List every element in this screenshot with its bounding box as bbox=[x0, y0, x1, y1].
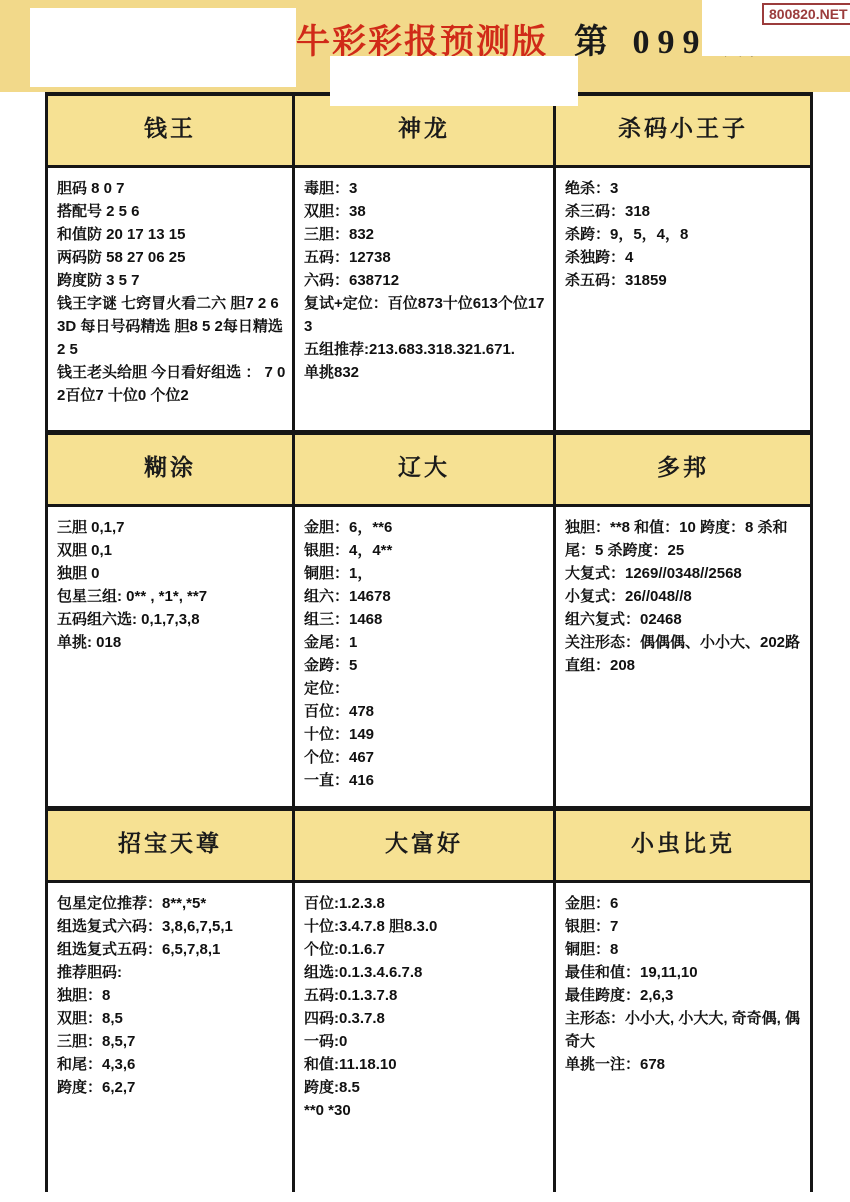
prediction-cell-1: 钱王 胆码 8 0 7搭配号 2 5 6和值防 20 17 13 15两码防 5… bbox=[48, 96, 295, 435]
prediction-line: 组选复式六码：3,8,6,7,5,1 bbox=[57, 915, 286, 938]
prediction-line: 金胆：6 bbox=[565, 892, 804, 915]
prediction-line: 杀三码：318 bbox=[565, 200, 804, 223]
prediction-line: 百位:1.2.3.8 bbox=[304, 892, 547, 915]
prediction-line: 钱王字谜 七窍冒火看二六 胆7 2 6 bbox=[57, 292, 286, 315]
cell-body: 独胆：**8 和值：10 跨度：8 杀和尾：5 杀跨度：25大复式：1269//… bbox=[556, 507, 810, 677]
prediction-line: 单挑一注：678 bbox=[565, 1053, 804, 1076]
prediction-line: 杀五码：31859 bbox=[565, 269, 804, 292]
prediction-line: 杀独跨：4 bbox=[565, 246, 804, 269]
site-badge: 800820.NET bbox=[762, 3, 850, 25]
prediction-line: 单挑832 bbox=[304, 361, 547, 384]
prediction-line: 百位：478 bbox=[304, 700, 547, 723]
prediction-line: 五码:0.1.3.7.8 bbox=[304, 984, 547, 1007]
prediction-line: 组选复式五码：6,5,7,8,1 bbox=[57, 938, 286, 961]
prediction-line: 和值:11.18.10 bbox=[304, 1053, 547, 1076]
prediction-line: 十位：149 bbox=[304, 723, 547, 746]
page: 牛彩彩报预测版第 099 期 800820.NET 钱王 胆码 8 0 7搭配号… bbox=[0, 0, 850, 1202]
prediction-line: 一直：416 bbox=[304, 769, 547, 792]
prediction-line: 搭配号 2 5 6 bbox=[57, 200, 286, 223]
prediction-line: 五组推荐:213.683.318.321.671. bbox=[304, 338, 547, 361]
cell-title: 大富好 bbox=[385, 831, 463, 856]
prediction-line: 组选:0.1.3.4.6.7.8 bbox=[304, 961, 547, 984]
cell-header: 小虫比克 bbox=[556, 811, 810, 883]
cell-title: 招宝天尊 bbox=[118, 831, 222, 856]
prediction-line: 十位:3.4.7.8 胆8.3.0 bbox=[304, 915, 547, 938]
prediction-line: **0 *30 bbox=[304, 1099, 547, 1122]
prediction-line: 独胆：**8 和值：10 跨度：8 杀和尾：5 杀跨度：25 bbox=[565, 516, 804, 562]
cell-header: 糊涂 bbox=[48, 435, 292, 507]
prediction-line: 一码:0 bbox=[304, 1030, 547, 1053]
prediction-line: 跨度:8.5 bbox=[304, 1076, 547, 1099]
cell-title: 糊涂 bbox=[144, 455, 196, 480]
prediction-line: 最佳和值：19,11,10 bbox=[565, 961, 804, 984]
prediction-line: 直组：208 bbox=[565, 654, 804, 677]
prediction-line: 四码:0.3.7.8 bbox=[304, 1007, 547, 1030]
prediction-line: 铜胆：1， bbox=[304, 562, 547, 585]
prediction-line: 胆码 8 0 7 bbox=[57, 177, 286, 200]
prediction-cell-2: 神龙 毒胆：3双胆：38三胆：832五码：12738六码：638712复试+定位… bbox=[295, 96, 556, 435]
prediction-line: 定位： bbox=[304, 677, 547, 700]
prediction-line: 包星三组: 0** , *1*, **7 bbox=[57, 585, 286, 608]
cell-body: 百位:1.2.3.8十位:3.4.7.8 胆8.3.0个位:0.1.6.7组选:… bbox=[295, 883, 553, 1122]
cell-title: 辽大 bbox=[398, 455, 450, 480]
prediction-line: 三胆：832 bbox=[304, 223, 547, 246]
prediction-line: 双胆：8,5 bbox=[57, 1007, 286, 1030]
prediction-line: 大复式：1269//0348//2568 bbox=[565, 562, 804, 585]
cell-body: 胆码 8 0 7搭配号 2 5 6和值防 20 17 13 15两码防 58 2… bbox=[48, 168, 292, 407]
prediction-line: 个位：467 bbox=[304, 746, 547, 769]
prediction-line: 单挑: 018 bbox=[57, 631, 286, 654]
prediction-cell-8: 大富好 百位:1.2.3.8十位:3.4.7.8 胆8.3.0个位:0.1.6.… bbox=[295, 811, 556, 1192]
prediction-line: 杀跨：9，5，4，8 bbox=[565, 223, 804, 246]
prediction-line: 独胆：8 bbox=[57, 984, 286, 1007]
prediction-line: 跨度防 3 5 7 bbox=[57, 269, 286, 292]
cell-title: 钱王 bbox=[144, 116, 196, 141]
cell-title: 小虫比克 bbox=[631, 831, 735, 856]
prediction-line: 双胆 0,1 bbox=[57, 539, 286, 562]
prediction-line: 毒胆：3 bbox=[304, 177, 547, 200]
prediction-line: 组六复式：02468 bbox=[565, 608, 804, 631]
prediction-line: 最佳跨度：2,6,3 bbox=[565, 984, 804, 1007]
prediction-line: 跨度：6,2,7 bbox=[57, 1076, 286, 1099]
prediction-cell-3: 杀码小王子 绝杀：3杀三码：318杀跨：9，5，4，8杀独跨：4杀五码：3185… bbox=[556, 96, 810, 435]
cell-title: 杀码小王子 bbox=[618, 116, 748, 141]
cell-body: 包星定位推荐：8**,*5*组选复式六码：3,8,6,7,5,1组选复式五码：6… bbox=[48, 883, 292, 1099]
prediction-line: 金尾：1 bbox=[304, 631, 547, 654]
prediction-line: 两码防 58 27 06 25 bbox=[57, 246, 286, 269]
whiteout-patch-left bbox=[30, 8, 296, 87]
cell-body: 金胆：6，**6银胆：4，4**铜胆：1，组六：14678组三：1468金尾：1… bbox=[295, 507, 553, 792]
prediction-line: 银胆：4，4** bbox=[304, 539, 547, 562]
prediction-line: 五码：12738 bbox=[304, 246, 547, 269]
prediction-cell-5: 辽大 金胆：6，**6银胆：4，4**铜胆：1，组六：14678组三：1468金… bbox=[295, 435, 556, 811]
prediction-line: 独胆 0 bbox=[57, 562, 286, 585]
cell-header: 多邦 bbox=[556, 435, 810, 507]
prediction-cell-4: 糊涂 三胆 0,1,7双胆 0,1独胆 0包星三组: 0** , *1*, **… bbox=[48, 435, 295, 811]
cell-header: 杀码小王子 bbox=[556, 96, 810, 168]
prediction-line: 小复式：26//048//8 bbox=[565, 585, 804, 608]
cell-body: 绝杀：3杀三码：318杀跨：9，5，4，8杀独跨：4杀五码：31859 bbox=[556, 168, 810, 292]
cell-header: 神龙 bbox=[295, 96, 553, 168]
prediction-line: 三胆：8,5,7 bbox=[57, 1030, 286, 1053]
cell-title: 神龙 bbox=[398, 116, 450, 141]
prediction-cell-6: 多邦 独胆：**8 和值：10 跨度：8 杀和尾：5 杀跨度：25大复式：126… bbox=[556, 435, 810, 811]
prediction-cell-7: 招宝天尊 包星定位推荐：8**,*5*组选复式六码：3,8,6,7,5,1组选复… bbox=[48, 811, 295, 1192]
prediction-line: 钱王老头给胆 今日看好组选 ： 7 0 2百位7 十位0 个位2 bbox=[57, 361, 286, 407]
prediction-line: 金跨：5 bbox=[304, 654, 547, 677]
prediction-line: 个位:0.1.6.7 bbox=[304, 938, 547, 961]
prediction-grid: 钱王 胆码 8 0 7搭配号 2 5 6和值防 20 17 13 15两码防 5… bbox=[45, 92, 813, 1192]
cell-body: 毒胆：3双胆：38三胆：832五码：12738六码：638712复试+定位：百位… bbox=[295, 168, 553, 384]
prediction-line: 金胆：6，**6 bbox=[304, 516, 547, 539]
prediction-line: 和尾：4,3,6 bbox=[57, 1053, 286, 1076]
prediction-line: 组三：1468 bbox=[304, 608, 547, 631]
prediction-line: 银胆：7 bbox=[565, 915, 804, 938]
prediction-line: 五码组六选: 0,1,7,3,8 bbox=[57, 608, 286, 631]
cell-header: 大富好 bbox=[295, 811, 553, 883]
cell-header: 辽大 bbox=[295, 435, 553, 507]
prediction-line: 复试+定位：百位873十位613个位173 bbox=[304, 292, 547, 338]
prediction-line: 铜胆：8 bbox=[565, 938, 804, 961]
prediction-line: 六码：638712 bbox=[304, 269, 547, 292]
whiteout-patch-middle bbox=[330, 56, 578, 106]
prediction-line: 三胆 0,1,7 bbox=[57, 516, 286, 539]
prediction-line: 绝杀：3 bbox=[565, 177, 804, 200]
prediction-cell-9: 小虫比克 金胆：6银胆：7铜胆：8最佳和值：19,11,10最佳跨度：2,6,3… bbox=[556, 811, 810, 1192]
cell-header: 招宝天尊 bbox=[48, 811, 292, 883]
prediction-line: 3D 每日号码精选 胆8 5 2每日精选 2 5 bbox=[57, 315, 286, 361]
cell-body: 三胆 0,1,7双胆 0,1独胆 0包星三组: 0** , *1*, **7五码… bbox=[48, 507, 292, 654]
prediction-line: 主形态：小小大, 小大大, 奇奇偶, 偶奇大 bbox=[565, 1007, 804, 1053]
prediction-line: 和值防 20 17 13 15 bbox=[57, 223, 286, 246]
cell-body: 金胆：6银胆：7铜胆：8最佳和值：19,11,10最佳跨度：2,6,3主形态：小… bbox=[556, 883, 810, 1076]
cell-header: 钱王 bbox=[48, 96, 292, 168]
prediction-line: 双胆：38 bbox=[304, 200, 547, 223]
prediction-line: 组六：14678 bbox=[304, 585, 547, 608]
cell-title: 多邦 bbox=[657, 455, 709, 480]
prediction-line: 关注形态：偶偶偶、小小大、202路 bbox=[565, 631, 804, 654]
prediction-line: 包星定位推荐：8**,*5* bbox=[57, 892, 286, 915]
prediction-line: 推荐胆码: bbox=[57, 961, 286, 984]
